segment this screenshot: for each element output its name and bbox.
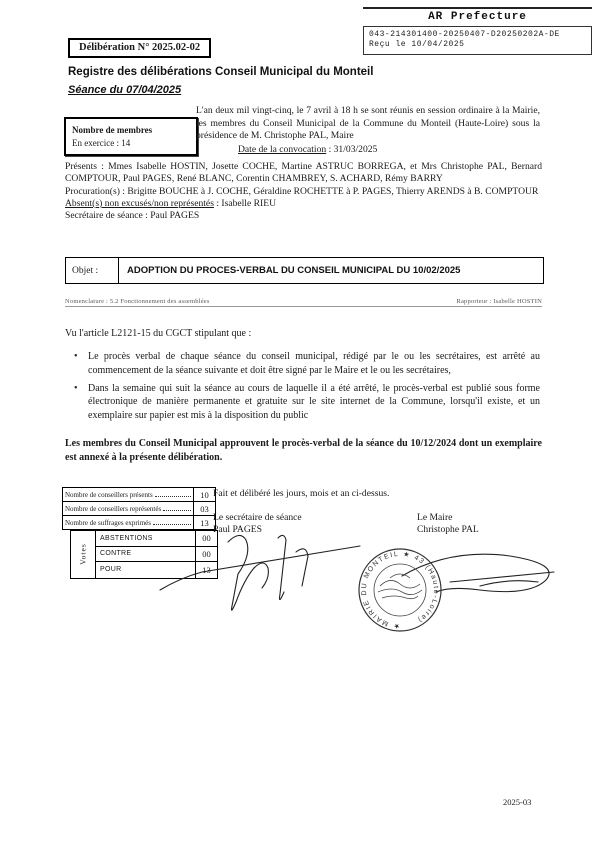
secretary-signature-icon <box>160 535 360 610</box>
session-date-heading: Séance du 07/04/2025 <box>68 84 181 96</box>
absents-line: Absent(s) non excusés/non représentés : … <box>65 198 542 210</box>
counsellors-represented-value: 03 <box>193 502 215 515</box>
subject-value: ADOPTION DU PROCES-VERBAL DU CONSEIL MUN… <box>119 258 543 283</box>
page-reference: 2025-03 <box>503 797 531 807</box>
closing-statement: Fait et délibéré les jours, mois et an c… <box>213 488 389 499</box>
legal-reference-line: Vu l'article L2121-15 du CGCT stipulant … <box>65 328 542 339</box>
nomenclature-strip: Nomenclature : 5.2 Fonctionnement des as… <box>65 298 542 307</box>
decision-paragraph: Les membres du Conseil Municipal approuv… <box>65 437 542 464</box>
table-row: Nombre de conseillers représentés 03 <box>62 501 216 515</box>
ar-prefecture-received-date: Reçu le 10/04/2025 <box>369 40 586 50</box>
absents-value: : Isabelle RIEU <box>214 198 276 209</box>
counsellors-present-label: Nombre de conseillers présents <box>63 491 193 499</box>
dotted-leader <box>163 510 191 511</box>
presents-list: Présents : Mmes Isabelle HOSTIN, Josette… <box>65 161 542 186</box>
signatures-and-seal: ★ MAIRIE DU MONTEIL ★ 43 (Haute-Loire) <box>150 528 570 658</box>
bullet-item: Dans la semaine qui suit la séance au co… <box>72 382 540 423</box>
session-intro: L'an deux mil vingt-cinq, le 7 avril à 1… <box>196 105 540 157</box>
votes-vertical-label: Votes <box>71 531 96 578</box>
convocation-line: Date de la convocation : 31/03/2025 <box>238 144 540 157</box>
mayor-title: Le Maire <box>417 512 479 524</box>
convocation-date: : 31/03/2025 <box>326 144 377 155</box>
ar-prefecture-box: 043-214301400-20250407-D20250202A-DE Reç… <box>363 26 592 55</box>
bullet-item: Le procès verbal de chaque séance du con… <box>72 350 540 378</box>
dotted-leader <box>153 524 191 525</box>
session-intro-text: L'an deux mil vingt-cinq, le 7 avril à 1… <box>196 105 540 141</box>
municipal-seal-icon: ★ MAIRIE DU MONTEIL ★ 43 (Haute-Loire) <box>359 549 441 631</box>
bullet-text-1: Le procès verbal de chaque séance du con… <box>88 351 540 376</box>
secretary-line: Secrétaire de séance : Paul PAGES <box>65 210 542 222</box>
nomenclature-text: Nomenclature : 5.2 Fonctionnement des as… <box>65 298 210 305</box>
votes-cast-label: Nombre de suffrages exprimés <box>63 519 193 527</box>
deliberation-document-page: AR Prefecture 043-214301400-20250407-D20… <box>0 0 595 842</box>
convocation-label: Date de la convocation <box>238 144 326 155</box>
secretary-title: Le secrétaire de séance <box>213 512 302 524</box>
ar-prefecture-title: AR Prefecture <box>363 11 592 23</box>
page-title: Registre des délibérations Conseil Munic… <box>68 66 373 78</box>
rapporteur-text: Rapporteur : Isabelle HOSTIN <box>456 298 542 305</box>
legal-bullet-list: Le procès verbal de chaque séance du con… <box>72 350 540 427</box>
subject-table: Objet : ADOPTION DU PROCES-VERBAL DU CON… <box>65 257 544 284</box>
members-count-title: Nombre de membres <box>72 124 190 137</box>
procurations-list: Procuration(s) : Brigitte BOUCHE à J. CO… <box>65 186 542 198</box>
deliberation-number-box: Délibération N° 2025.02-02 <box>68 38 211 58</box>
table-row: Nombre de conseillers présents 10 <box>62 487 216 501</box>
ar-prefecture-stamp: AR Prefecture 043-214301400-20250407-D20… <box>363 7 592 55</box>
seal-text: ★ MAIRIE DU MONTEIL ★ 43 (Haute-Loire) <box>361 550 439 630</box>
svg-text:★ MAIRIE DU MONTEIL ★ 43 (Haut: ★ MAIRIE DU MONTEIL ★ 43 (Haute-Loire) <box>361 550 439 630</box>
ar-prefecture-code: 043-214301400-20250407-D20250202A-DE <box>369 30 586 40</box>
counsellors-present-value: 10 <box>193 488 215 501</box>
members-in-office: En exercice : 14 <box>72 137 190 150</box>
dotted-leader <box>155 496 191 497</box>
counsellors-represented-label: Nombre de conseillers représentés <box>63 505 193 513</box>
bullet-text-2: Dans la semaine qui suit la séance au co… <box>88 383 540 422</box>
attendance-block: Présents : Mmes Isabelle HOSTIN, Josette… <box>65 161 542 222</box>
subject-label: Objet : <box>66 258 119 283</box>
absents-label: Absent(s) non excusés/non représentés <box>65 198 214 209</box>
members-count-box: Nombre de membres En exercice : 14 <box>64 117 198 156</box>
